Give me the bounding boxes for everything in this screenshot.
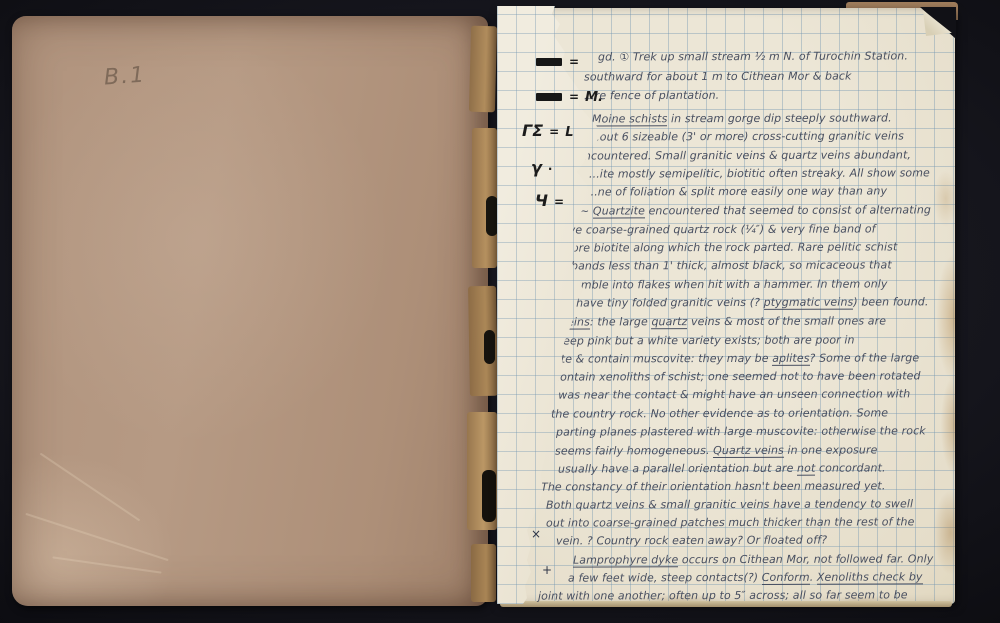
binding-stub [471, 544, 496, 602]
legend-row: ΓΣ=L [522, 121, 573, 140]
legend-row: =M. [536, 87, 603, 105]
legend-equals: = [549, 125, 559, 139]
margin-mark: + [542, 563, 552, 577]
handwriting-line: crumble into flakes when hit with a hamm… [563, 277, 888, 291]
handwriting-line: vein. ? Country rock eaten away? Or floa… [556, 534, 827, 548]
binding-stub [469, 26, 497, 113]
handwriting-line: encountered. Small granitic veins & quar… [577, 148, 911, 162]
legend-glyph: γ [531, 158, 542, 177]
handwriting-line: southward for about 1 m to Cithean Mor &… [584, 70, 852, 84]
legend-row: = [536, 52, 585, 70]
margin-mark: × [531, 527, 541, 541]
cover-crease [25, 513, 168, 561]
legend-equals: = [554, 195, 564, 209]
handwriting-line: ...ne of foliation & split more easily o… [587, 184, 887, 198]
legend-equals: · [548, 162, 553, 176]
legend-glyph: ΓΣ [522, 121, 543, 140]
legend-note: M. [585, 90, 603, 105]
handwriting-line: Veins: the large quartz veins & most of … [560, 314, 886, 328]
legend-row: γ· [531, 158, 558, 177]
handwriting-line: deep pink but a white variety exists; bo… [556, 333, 855, 347]
handwriting-line: usually have a parallel orientation but … [558, 461, 886, 475]
handwriting-line: out into coarse-grained patches much thi… [546, 515, 914, 529]
handwriting-line: contain xenoliths of schist; one seemed … [554, 369, 921, 383]
handwriting-line: more biotite along which the rock parted… [561, 240, 897, 254]
handwriting-line: a few feet wide, steep contacts(?) Confo… [568, 570, 923, 584]
handwriting-line: ...out 6 sizeable (3' or more) cross-cut… [589, 129, 904, 143]
handwriting-line: seems fairly homogeneous. Quartz veins i… [555, 443, 877, 457]
handwriting-line: ...re fence of plantation. [584, 89, 719, 102]
binding-gap [482, 470, 496, 522]
handwriting-line: ...ite mostly semipelitic, biotitic ofte… [589, 166, 930, 180]
handwriting-line: ...as have tiny folded granitic veins (?… [549, 295, 928, 309]
handwriting-line: gd. ① Trek up small stream ½ m N. of Tur… [598, 49, 908, 63]
legend-bar-symbol [536, 58, 562, 66]
legend-note: L [565, 125, 573, 140]
handwriting-line: The constancy of their orientation hasn'… [541, 479, 885, 493]
handwriting-line: ...ve coarse-grained quartz rock (¼″) & … [558, 222, 876, 236]
handwriting-line: ~ Quartzite encountered that seemed to c… [580, 203, 931, 217]
cover-crease [52, 556, 161, 573]
handwriting-line: Lamprophyre dyke occurs on Cithean Mor, … [573, 552, 933, 566]
handwriting-line: ...te & contain muscovite: they may be a… [550, 351, 919, 365]
handwriting-line: & was near the contact & might have an u… [546, 387, 910, 401]
binding-gap [484, 330, 495, 364]
handwriting-line: the country rock. No other evidence as t… [551, 406, 888, 420]
legend-row: Ч= [535, 191, 570, 210]
page-label: B.1 [103, 63, 147, 91]
handwriting-line: joint with one another; often up to 5″ a… [538, 588, 908, 602]
handwriting-line: Both quartz veins & small granitic veins… [546, 497, 913, 511]
handwriting-line: parting planes plastered with large musc… [556, 424, 926, 438]
legend-equals: = [569, 90, 579, 104]
handwriting-line: bands less than 1' thick, almost black, … [571, 258, 892, 272]
legend-bar-symbol [536, 93, 562, 101]
legend-equals: = [569, 55, 579, 69]
notebook-cover-page: B.1 [12, 16, 488, 606]
cover-crease [40, 453, 141, 522]
handwriting-line: Moine schists in stream gorge dip steepl… [592, 111, 892, 125]
notebook-photo: B.1 gd. ① Trek up small stream ½ m N. of… [0, 0, 1000, 623]
legend-glyph: Ч [535, 191, 548, 210]
